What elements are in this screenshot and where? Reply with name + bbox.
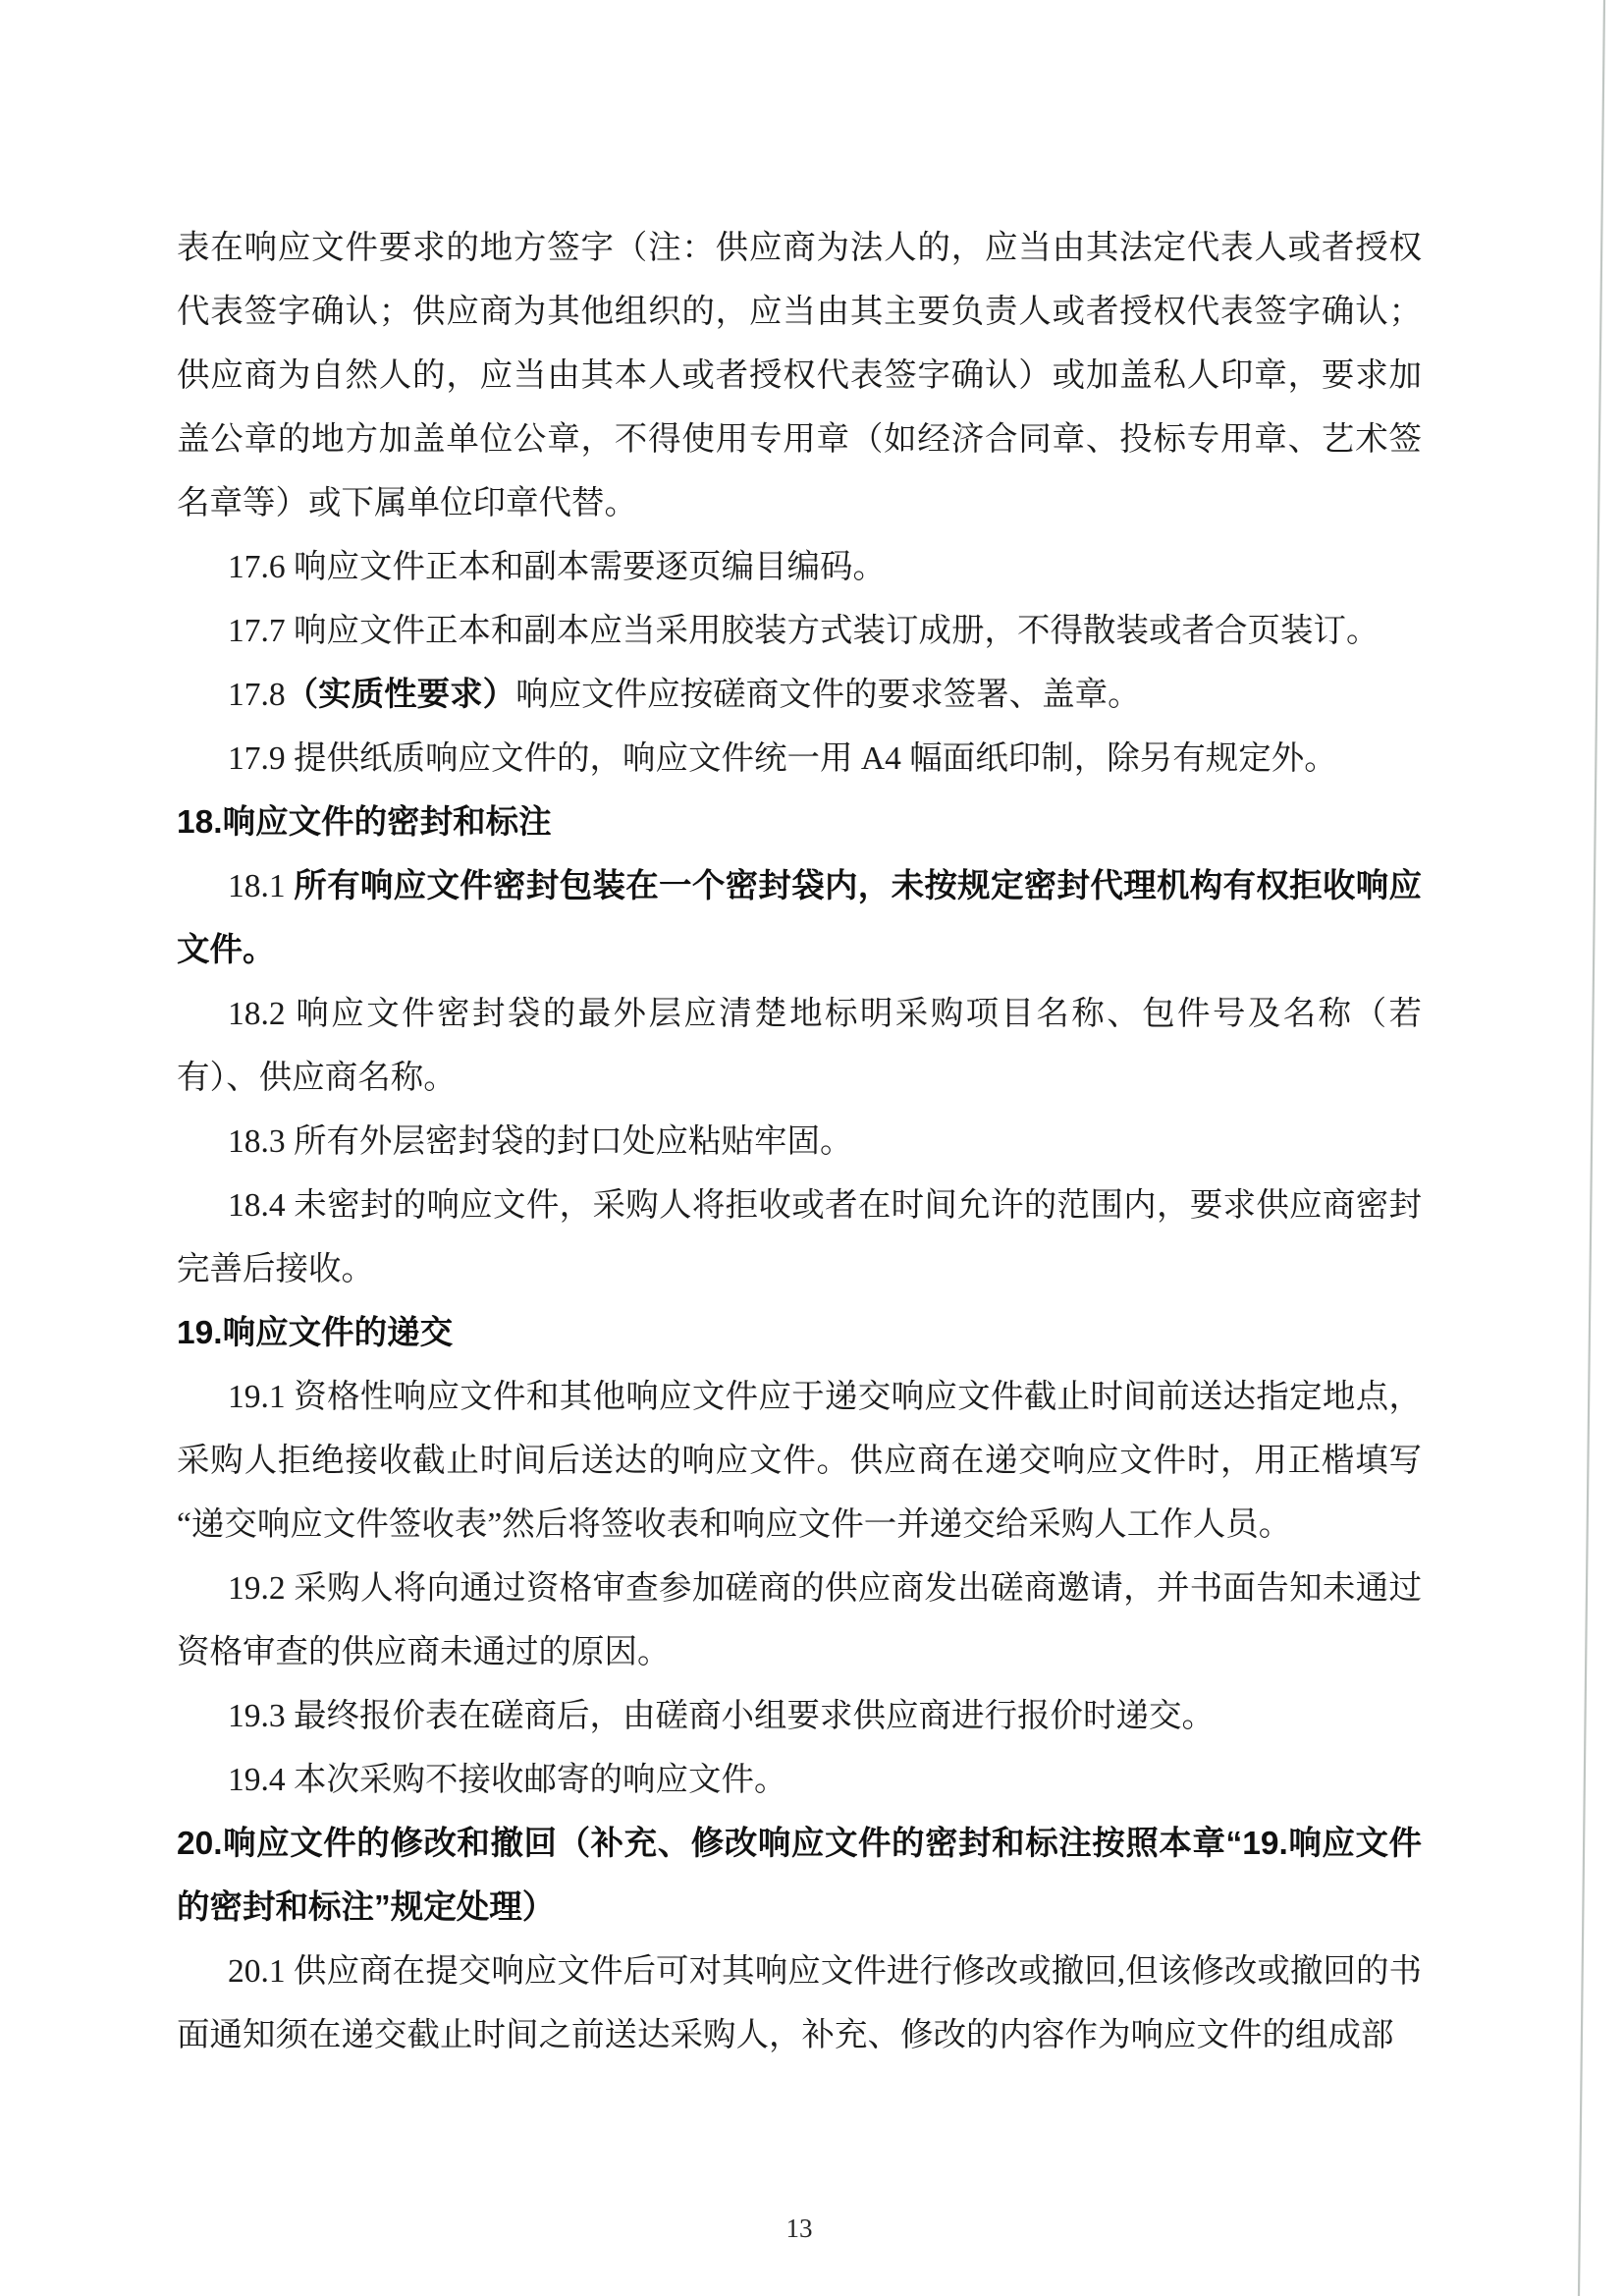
text-run: 19.3 最终报价表在磋商后，由磋商小组要求供应商进行报价时递交。 <box>228 1698 1215 1734</box>
paragraph: 19.4 本次采购不接收邮寄的响应文件。 <box>177 1748 1422 1812</box>
paragraph: 17.8（实质性要求）响应文件应按磋商文件的要求签署、盖章。 <box>177 663 1422 727</box>
text-run: 18.3 所有外层密封袋的封口处应粘贴牢固。 <box>228 1123 853 1160</box>
paragraph: 17.9 提供纸质响应文件的，响应文件统一用 A4 幅面纸印制，除另有规定外。 <box>177 727 1422 791</box>
emphasis-text: 所有响应文件密封包装在一个密封袋内，未按规定密封代理机构有权拒收响应文件。 <box>177 868 1422 968</box>
text-run: 17.6 响应文件正本和副本需要逐页编目编码。 <box>228 549 886 585</box>
emphasis-text: 18.响应文件的密封和标注 <box>177 804 552 841</box>
emphasis-text: （实质性要求） <box>286 677 516 713</box>
paragraph: 19.3 最终报价表在磋商后，由磋商小组要求供应商进行报价时递交。 <box>177 1684 1422 1748</box>
text-run: 17.7 响应文件正本和副本应当采用胶装方式装订成册，不得散装或者合页装订。 <box>228 613 1380 649</box>
paragraph: 19.2 采购人将向通过资格审查参加磋商的供应商发出磋商邀请，并书面告知未通过资… <box>177 1557 1422 1684</box>
paragraph: 18.4 未密封的响应文件，采购人将拒收或者在时间允许的范围内，要求供应商密封完… <box>177 1174 1422 1301</box>
section-heading: 19.响应文件的递交 <box>177 1301 1422 1365</box>
paragraph: 20.1 供应商在提交响应文件后可对其响应文件进行修改或撤回,但该修改或撤回的书… <box>177 1940 1422 2067</box>
paragraph: 17.6 响应文件正本和副本需要逐页编目编码。 <box>177 535 1422 599</box>
section-heading: 18.响应文件的密封和标注 <box>177 791 1422 854</box>
paragraph: 表在响应文件要求的地方签字（注：供应商为法人的，应当由其法定代表人或者授权代表签… <box>177 216 1422 535</box>
section-heading: 20.响应文件的修改和撤回（补充、修改响应文件的密封和标注按照本章“19.响应文… <box>177 1812 1422 1940</box>
document-body: 表在响应文件要求的地方签字（注：供应商为法人的，应当由其法定代表人或者授权代表签… <box>177 216 1422 2067</box>
text-run: 响应文件应按磋商文件的要求签署、盖章。 <box>515 677 1141 713</box>
paragraph: 18.3 所有外层密封袋的封口处应粘贴牢固。 <box>177 1110 1422 1174</box>
scanned-page: 表在响应文件要求的地方签字（注：供应商为法人的，应当由其法定代表人或者授权代表签… <box>0 0 1623 2296</box>
text-run: 18.4 未密封的响应文件，采购人将拒收或者在时间允许的范围内，要求供应商密封完… <box>177 1187 1422 1287</box>
text-run: 20.1 供应商在提交响应文件后可对其响应文件进行修改或撤回,但该修改或撤回的书… <box>177 1953 1422 2053</box>
text-run: 19.2 采购人将向通过资格审查参加磋商的供应商发出磋商邀请，并书面告知未通过资… <box>177 1570 1422 1670</box>
document-page: { "page": { "number": "13" }, "content":… <box>0 0 1623 2296</box>
paragraph: 18.1 所有响应文件密封包装在一个密封袋内，未按规定密封代理机构有权拒收响应文… <box>177 854 1422 982</box>
paragraph: 19.1 资格性响应文件和其他响应文件应于递交响应文件截止时间前送达指定地点，采… <box>177 1365 1422 1557</box>
emphasis-text: 19.响应文件的递交 <box>177 1315 453 1351</box>
paragraph: 17.7 响应文件正本和副本应当采用胶装方式装订成册，不得散装或者合页装订。 <box>177 599 1422 663</box>
text-run: 表在响应文件要求的地方签字（注：供应商为法人的，应当由其法定代表人或者授权代表签… <box>177 230 1422 521</box>
text-run: 19.4 本次采购不接收邮寄的响应文件。 <box>228 1762 787 1798</box>
text-run: 17.9 提供纸质响应文件的，响应文件统一用 A4 幅面纸印制，除另有规定外。 <box>228 740 1337 777</box>
text-run: 18.2 响应文件密封袋的最外层应清楚地标明采购项目名称、包件号及名称（若有）、… <box>177 996 1422 1096</box>
paragraph: 18.2 响应文件密封袋的最外层应清楚地标明采购项目名称、包件号及名称（若有）、… <box>177 982 1422 1110</box>
page-number: 13 <box>177 2212 1422 2245</box>
text-run: 17.8 <box>228 677 286 713</box>
text-run: 18.1 <box>228 868 294 904</box>
emphasis-text: 20.响应文件的修改和撤回（补充、修改响应文件的密封和标注按照本章“19.响应文… <box>177 1826 1422 1926</box>
text-run: 19.1 资格性响应文件和其他响应文件应于递交响应文件截止时间前送达指定地点，采… <box>177 1379 1422 1543</box>
